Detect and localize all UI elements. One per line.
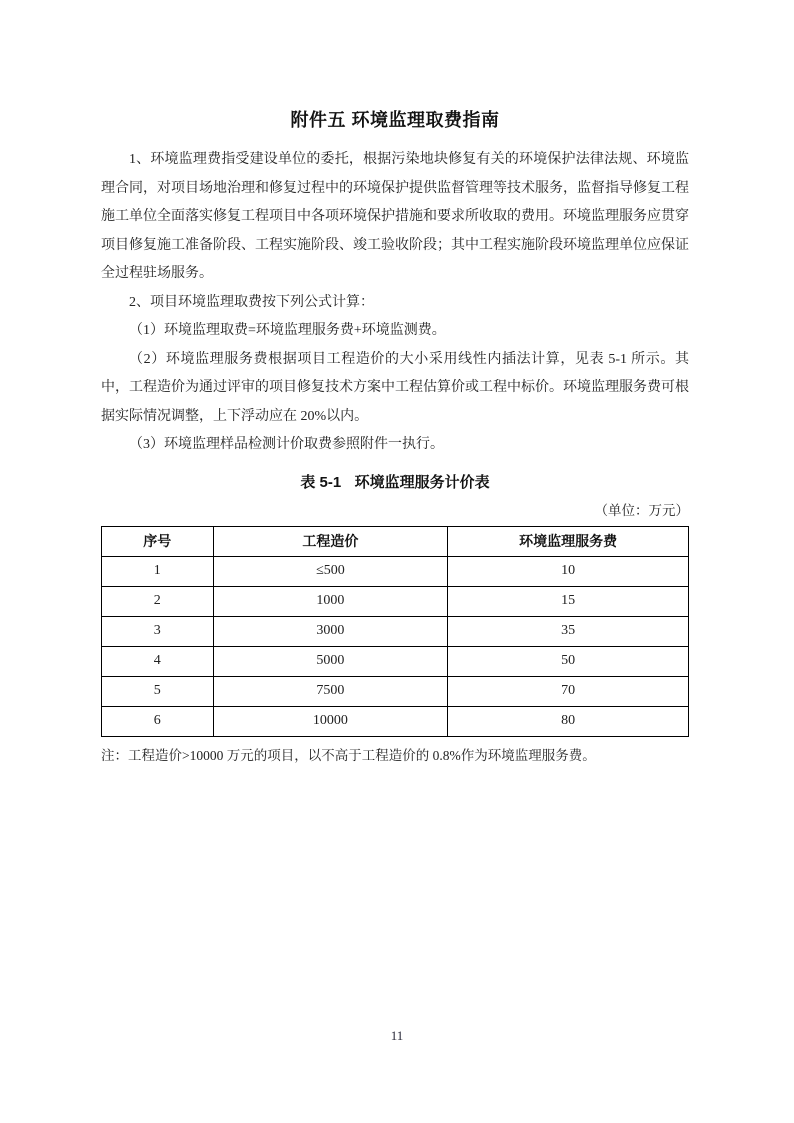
table-row: 3 3000 35 [102,616,689,646]
paragraph-3: （1）环境监理取费=环境监理服务费+环境监测费。 [101,317,689,346]
page-number: 11 [0,1028,794,1044]
unit-note: （单位：万元） [101,502,689,520]
cell-serial: 5 [102,676,214,706]
table-caption-title: 环境监理服务计价表 [355,474,490,491]
cell-fee: 10 [448,556,689,586]
cell-fee: 70 [448,676,689,706]
header-serial-number: 序号 [102,526,214,556]
cell-cost: 1000 [213,586,448,616]
paragraph-2: 2、项目环境监理取费按下列公式计算： [101,289,689,318]
document-page: 附件五 环境监理取费指南 1、环境监理费指受建设单位的委托，根据污染地块修复有关… [0,0,794,1123]
cell-fee: 50 [448,646,689,676]
paragraph-4: （2）环境监理服务费根据项目工程造价的大小采用线性内插法计算，见表 5-1 所示… [101,346,689,432]
cell-cost: 5000 [213,646,448,676]
header-project-cost: 工程造价 [213,526,448,556]
cell-serial: 1 [102,556,214,586]
cell-fee: 15 [448,586,689,616]
document-content: 附件五 环境监理取费指南 1、环境监理费指受建设单位的委托，根据污染地块修复有关… [101,0,689,766]
body-text: 1、环境监理费指受建设单位的委托，根据污染地块修复有关的环境保护法律法规、环境监… [101,146,689,460]
table-header-row: 序号 工程造价 环境监理服务费 [102,526,689,556]
paragraph-1: 1、环境监理费指受建设单位的委托，根据污染地块修复有关的环境保护法律法规、环境监… [101,146,689,289]
pricing-table: 序号 工程造价 环境监理服务费 1 ≤500 10 2 1000 15 3 [101,526,689,737]
table-row: 1 ≤500 10 [102,556,689,586]
cell-cost: 10000 [213,706,448,736]
cell-serial: 6 [102,706,214,736]
header-supervision-fee: 环境监理服务费 [448,526,689,556]
table-caption: 表 5-1环境监理服务计价表 [101,473,689,493]
cell-cost: 7500 [213,676,448,706]
cell-serial: 3 [102,616,214,646]
table-row: 4 5000 50 [102,646,689,676]
cell-fee: 35 [448,616,689,646]
cell-cost: 3000 [213,616,448,646]
table-row: 6 10000 80 [102,706,689,736]
cell-serial: 2 [102,586,214,616]
table-caption-number: 表 5-1 [300,474,341,491]
paragraph-5: （3）环境监理样品检测计价取费参照附件一执行。 [101,431,689,460]
table-row: 5 7500 70 [102,676,689,706]
table-row: 2 1000 15 [102,586,689,616]
cell-serial: 4 [102,646,214,676]
cell-fee: 80 [448,706,689,736]
table-footnote: 注：工程造价>10000 万元的项目，以不高于工程造价的 0.8%作为环境监理服… [101,746,689,766]
document-title: 附件五 环境监理取费指南 [101,108,689,132]
cell-cost: ≤500 [213,556,448,586]
